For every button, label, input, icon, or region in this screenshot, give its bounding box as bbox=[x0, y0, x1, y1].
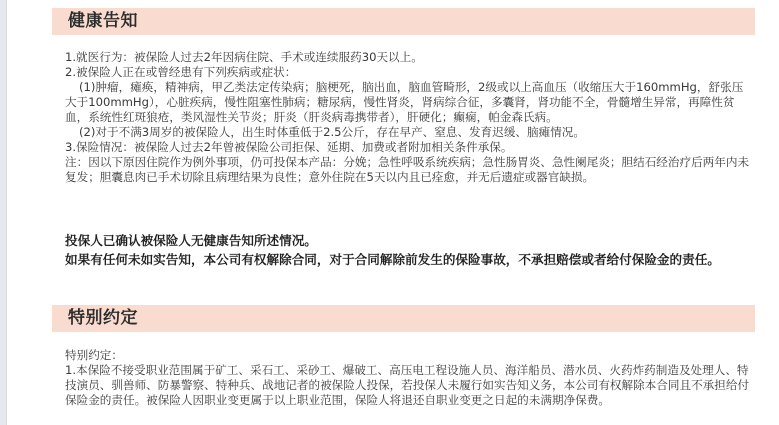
non-disclosure-warning: 如果有任何未如实告知，本公司有权解除合同，对于合同解除前发生的保险事故，不承担赔… bbox=[65, 251, 755, 268]
health-item-diseases: 2.被保险人正在或曾经患有下列疾病或症状： bbox=[65, 65, 750, 80]
health-subitem-infant: (2)对于不满3周岁的被保险人，出生时体重低于2.5公斤，存在早产、窒息、发育迟… bbox=[65, 125, 750, 140]
special-agreement-label: 特别约定： bbox=[65, 348, 750, 363]
health-notice-statements: 投保人已确认被保险人无健康告知所述情况。 如果有任何未如实告知，本公司有权解除合… bbox=[65, 232, 755, 268]
special-agreement-header: 特别约定 bbox=[52, 305, 755, 332]
special-agreement-item-occupation: 1.本保险不接受职业范围属于矿工、采石工、采砂工、爆破工、高压电工程设施人员、海… bbox=[65, 363, 750, 408]
health-subitem-disease-list-text: (1)肿瘤，瘫痪，精神病，甲乙类法定传染病；脑梗死，脑出血，脑血管畸形，2级或以… bbox=[65, 80, 743, 124]
special-agreement-body: 特别约定： 1.本保险不接受职业范围属于矿工、采石工、采砂工、爆破工、高压电工程… bbox=[65, 348, 750, 408]
health-notice-body: 1.就医行为：被保险人过去2年因病住院、手术或连续服药30天以上。 2.被保险人… bbox=[65, 50, 750, 185]
health-subitem-disease-list: (1)肿瘤，瘫痪，精神病，甲乙类法定传染病；脑梗死，脑出血，脑血管畸形，2级或以… bbox=[65, 80, 750, 125]
health-item-medical-behavior: 1.就医行为：被保险人过去2年因病住院、手术或连续服药30天以上。 bbox=[65, 50, 750, 65]
left-edge-strip bbox=[0, 0, 7, 425]
health-subitem-infant-text: (2)对于不满3周岁的被保险人，出生时体重低于2.5公斤，存在早产、窒息、发育迟… bbox=[65, 125, 585, 139]
health-note-exceptions: 注：因以下原因住院作为例外事项，仍可投保本产品：分娩；急性呼吸系统疾病；急性肠胃… bbox=[65, 155, 750, 185]
health-notice-title: 健康告知 bbox=[68, 11, 138, 32]
health-notice-header: 健康告知 bbox=[52, 8, 755, 35]
confirmation-statement: 投保人已确认被保险人无健康告知所述情况。 bbox=[65, 232, 755, 249]
special-agreement-title: 特别约定 bbox=[68, 308, 138, 329]
health-item-insurance-status: 3.保险情况：被保险人过去2年曾被保险公司拒保、延期、加费或者附加相关条件承保。 bbox=[65, 140, 750, 155]
